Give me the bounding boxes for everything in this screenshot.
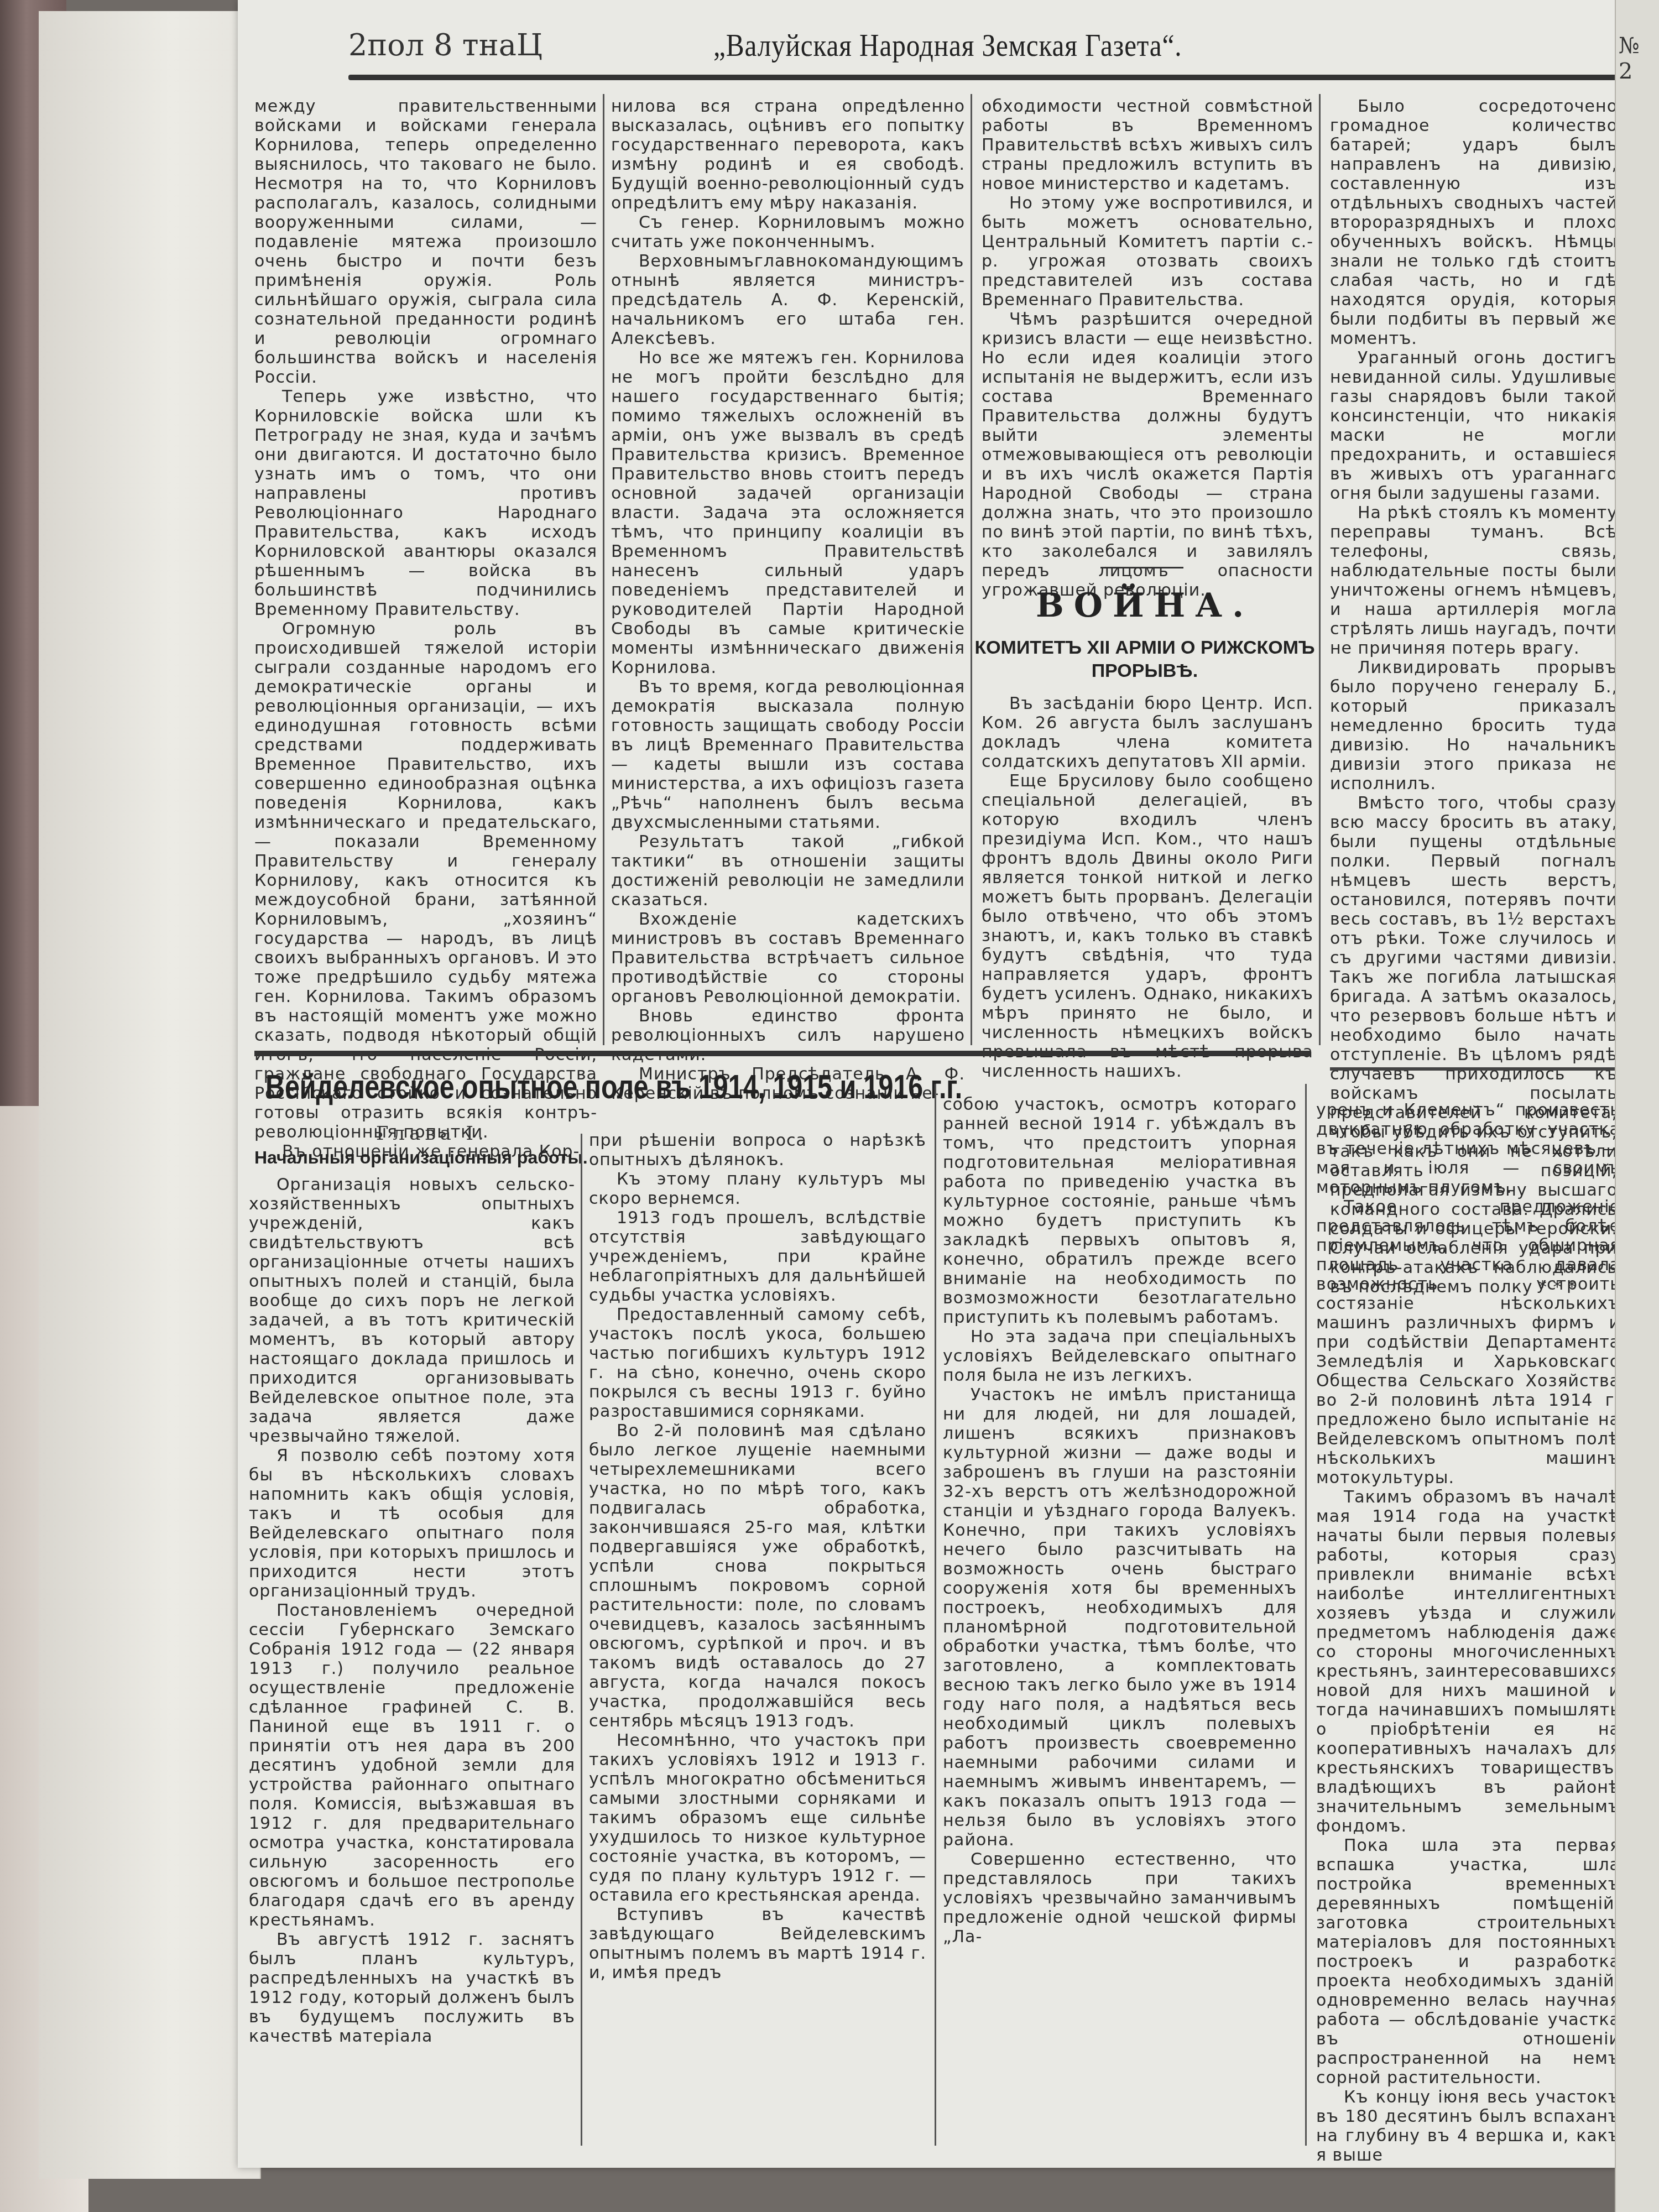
paragraph: Въ то время, когда революціонная демокра… (611, 677, 965, 832)
top-column-2: нилова вся страна опредѣленно высказалас… (611, 97, 965, 1103)
paragraph: Постановленіемъ очередной сессіи Губернс… (249, 1601, 575, 1930)
article-title: Вейделевское опытное поле въ 1914, 1915 … (265, 1067, 962, 1107)
paragraph: Я позволю себѣ поэтому хотя бы въ нѣскол… (249, 1446, 575, 1601)
column-divider (1319, 94, 1321, 1045)
paragraph: Ураганный огонь достигъ невиданной силы.… (1330, 348, 1618, 503)
newspaper-page: 2пол 8 тнаЦ „Валуйская Народная Земская … (238, 0, 1631, 2168)
column-divider (971, 94, 972, 1045)
war-section-subtitle: КОМИТЕТЪ XII АРМІИ О РИЖСКОМЪ ПРОРЫВѢ. (973, 636, 1316, 682)
paragraph: Но все же мятежъ ген. Корнилова не могъ … (611, 348, 965, 677)
column-divider (1305, 1084, 1307, 2146)
paragraph: Совершенно естественно, что представляло… (943, 1850, 1297, 1947)
column-divider (603, 94, 604, 1045)
page-stack-edges (39, 11, 261, 2179)
paragraph: Въ августѣ 1912 г. заснятъ былъ планъ ку… (249, 1930, 575, 2046)
paragraph: Къ концу іюня весь участокъ въ 180 десят… (1316, 2088, 1620, 2165)
header-rule (348, 75, 1620, 80)
paragraph: Результатъ такой „гибкой тактики“ въ отн… (611, 832, 965, 910)
top-column-1: между правительственными войсками и войс… (254, 97, 597, 1161)
paragraph: Теперь уже извѣстно, что Корниловскіе во… (254, 387, 597, 619)
paragraph: между правительственными войсками и войс… (254, 97, 597, 387)
adjacent-page-edge: № 2 (1615, 0, 1659, 2212)
section-rule (1100, 567, 1183, 568)
paragraph: На рѣкѣ стоялъ къ моменту переправы тума… (1330, 503, 1618, 658)
article-column-4: уренъ и Клементъ“ произвесть двукратную … (1316, 1100, 1620, 2165)
paragraph: Къ этому плану культуръ мы скоро вернемс… (589, 1170, 926, 1208)
paragraph: Чѣмъ разрѣшится очередной кризисъ власти… (982, 310, 1313, 600)
paragraph: Организація новыхъ сельско-хозяйственных… (249, 1175, 575, 1446)
paragraph: Участокъ не имѣлъ пристанища ни для люде… (943, 1385, 1297, 1850)
adjacent-page-number: № 2 (1619, 33, 1655, 84)
paragraph: уренъ и Клементъ“ произвесть двукратную … (1316, 1100, 1620, 1197)
paragraph: Еще Брусилову было сообщено спеціальной … (982, 771, 1313, 1081)
paragraph: Предоставленный самому себѣ, участокъ по… (589, 1305, 926, 1421)
paragraph: Огромную роль въ происходившей тяжелой и… (254, 619, 597, 1142)
article-column-1: Организація новыхъ сельско-хозяйственных… (249, 1175, 575, 2046)
paragraph: Верховнымъглавнокомандующимъ отнынѣ явля… (611, 252, 965, 348)
price-stamp: 2пол 8 тнаЦ (348, 28, 542, 62)
paragraph: собою участокъ, осмотръ котораго ранней … (943, 1095, 1297, 1327)
article-column-2: при рѣшеніи вопроса о нарѣзкѣ опытныхъ д… (589, 1131, 926, 1983)
article-section-heading: Начальныя организаціонныя работы. (254, 1147, 588, 1168)
paragraph: Съ генер. Корниловымъ можно считать уже … (611, 213, 965, 252)
paragraph: Во 2-й половинѣ мая сдѣлано было легкое … (589, 1421, 926, 1731)
paragraph: Вхожденіе кадетскихъ министровъ въ соста… (611, 910, 965, 1006)
paragraph: нилова вся страна опредѣленно высказалас… (611, 97, 965, 213)
paragraph: Было сосредоточено громадное количество … (1330, 97, 1618, 348)
article-chapter: Глава I. (376, 1123, 488, 1145)
paragraph: Вступивъ въ качествѣ завѣдующаго Вейделе… (589, 1905, 926, 1983)
column-divider (581, 1134, 582, 2146)
article-separator-rule (254, 1051, 1311, 1056)
article-column-3: собою участокъ, осмотръ котораго ранней … (943, 1095, 1297, 1947)
paragraph: Такое предложеніе представлялось тѣмъ бо… (1316, 1197, 1620, 1488)
paragraph: Пока шла эта первая вспашка участка, шла… (1316, 1836, 1620, 2088)
paragraph: 1913 годъ прошелъ, вслѣдствіе отсутствія… (589, 1208, 926, 1305)
newspaper-title: „Валуйская Народная Земская Газета“. (713, 27, 1182, 64)
page-header: 2пол 8 тнаЦ „Валуйская Народная Земская … (238, 22, 1631, 72)
war-section-title: ВОЙНА. (979, 586, 1311, 625)
paragraph: Въ засѣданіи бюро Центр. Исп. Ком. 26 ав… (982, 694, 1313, 771)
paragraph: при рѣшеніи вопроса о нарѣзкѣ опытныхъ д… (589, 1131, 926, 1170)
article-separator-rule (1330, 1067, 1618, 1071)
paragraph: Но эта задача при спеціальныхъ условіяхъ… (943, 1327, 1297, 1385)
top-column-3: обходимости честной совмѣстной работы въ… (982, 97, 1313, 600)
column-divider (935, 1084, 936, 2146)
paragraph: Ликвидировать прорывъ было поручено гене… (1330, 658, 1618, 794)
paragraph: Несомнѣнно, что участокъ при такихъ усло… (589, 1731, 926, 1905)
war-section-body: Въ засѣданіи бюро Центр. Исп. Ком. 26 ав… (982, 694, 1313, 1081)
paragraph: Но этому уже воспротивился, и быть может… (982, 194, 1313, 310)
paragraph: обходимости честной совмѣстной работы въ… (982, 97, 1313, 194)
paragraph: Такимъ образомъ въ началѣ мая 1914 года … (1316, 1488, 1620, 1836)
